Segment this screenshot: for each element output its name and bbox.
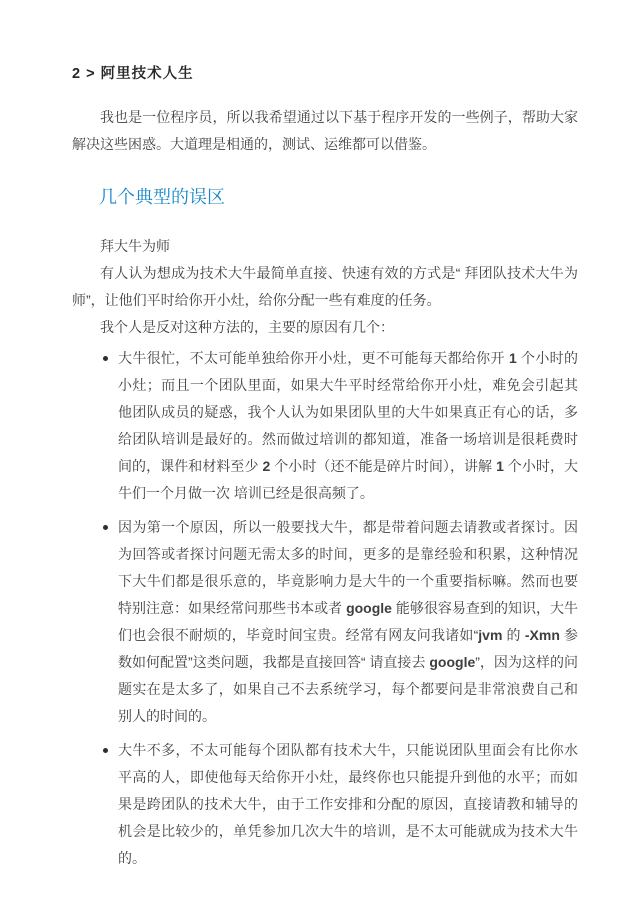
bullet-icon [103, 748, 108, 753]
section-title: 几个典型的误区 [99, 185, 578, 209]
list-item: 因为第一个原因，所以一般要找大牛，都是带着问题去请教或者探讨。因为回答或者探讨问… [118, 514, 578, 730]
list-item-text: 大牛很忙，不太可能单独给你开小灶，更不可能每天都给你开 1 个小时的小灶；而且一… [118, 350, 578, 501]
list-item-text: 大牛不多，不太可能每个团队都有技术大牛，只能说团队里面会有比你水平高的人，即使他… [118, 742, 578, 866]
reasons-bullet-list: 大牛很忙，不太可能单独给你开小灶，更不可能每天都给你开 1 个小时的小灶；而且一… [72, 345, 578, 872]
bullet-icon [103, 525, 108, 530]
intro-paragraph: 我也是一位程序员，所以我希望通过以下基于程序开发的一些例子，帮助大家解决这些困惑… [72, 104, 578, 158]
document-page: 2 > 阿里技术人生 我也是一位程序员，所以我希望通过以下基于程序开发的一些例子… [0, 0, 642, 907]
bullet-icon [103, 356, 108, 361]
paragraph-mentor-method: 有人认为想成为技术大牛最简单直接、快速有效的方式是“ 拜团队技术大牛为师”，让他… [72, 260, 578, 314]
list-item: 大牛很忙，不太可能单独给你开小灶，更不可能每天都给你开 1 个小时的小灶；而且一… [118, 345, 578, 507]
list-item-text: 因为第一个原因，所以一般要找大牛，都是带着问题去请教或者探讨。因为回答或者探讨问… [118, 519, 578, 724]
chapter-header: 2 > 阿里技术人生 [72, 0, 578, 84]
paragraph-oppose-intro: 我个人是反对这种方法的，主要的原因有几个： [72, 314, 578, 341]
list-item: 大牛不多，不太可能每个团队都有技术大牛，只能说团队里面会有比你水平高的人，即使他… [118, 737, 578, 872]
subsection-title: 拜大牛为师 [72, 233, 578, 260]
